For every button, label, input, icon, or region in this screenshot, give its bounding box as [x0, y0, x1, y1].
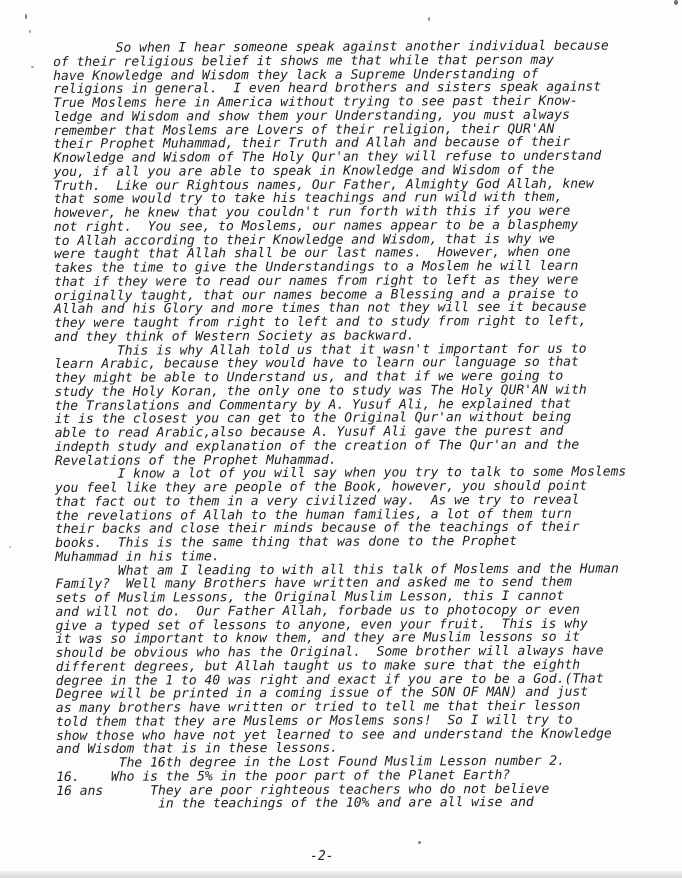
scan-bottom-edge [0, 871, 682, 878]
document-page: So when I hear someone speak against ano… [0, 0, 682, 878]
scan-speck [31, 66, 34, 68]
scan-speck [29, 30, 31, 33]
scan-speck [428, 17, 430, 21]
document-body-text: So when I hear someone speak against ano… [53, 40, 628, 812]
page-number: -2- [310, 849, 333, 864]
scan-speck [9, 546, 11, 548]
scan-speck [674, 0, 678, 5]
scan-speck [418, 841, 421, 844]
scan-speck [25, 14, 27, 19]
